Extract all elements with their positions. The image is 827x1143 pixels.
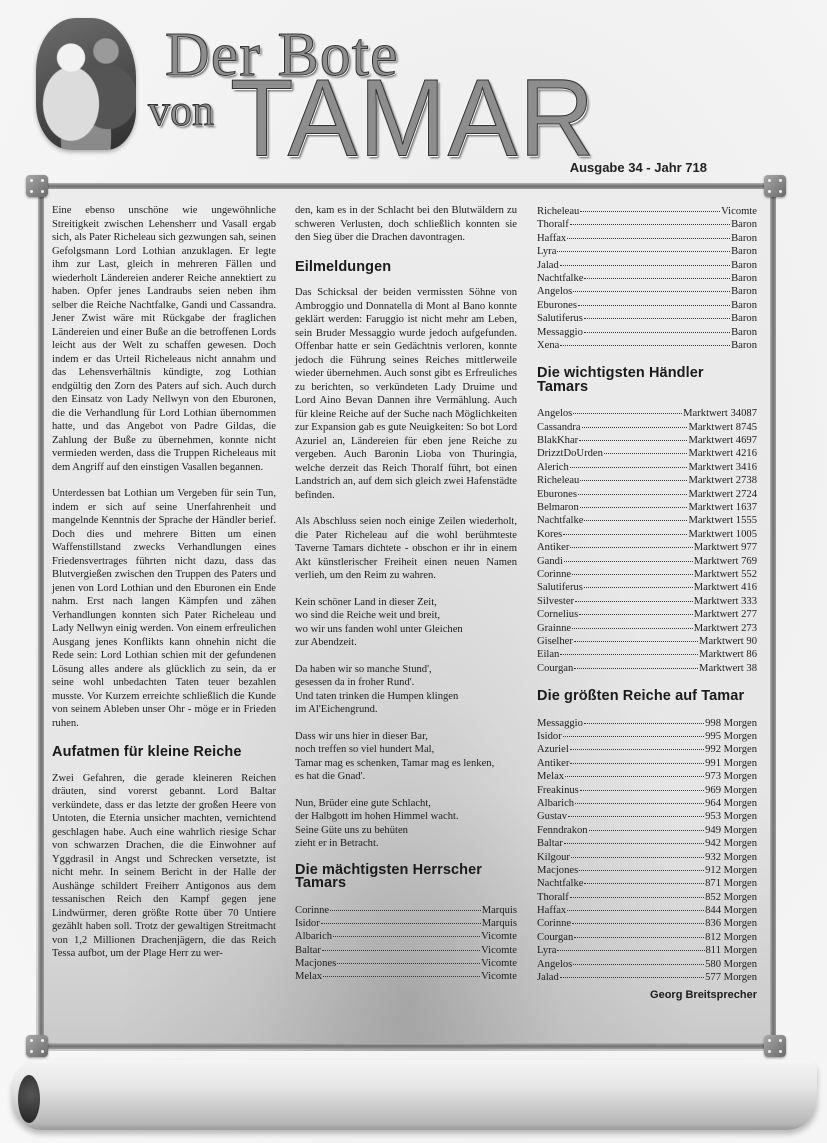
issue-number: Ausgabe 34 - Jahr 718	[570, 160, 707, 175]
realm-row-name: Thoralf	[537, 891, 569, 903]
realm-row-name: Macjones	[537, 864, 578, 876]
masthead-title-tamar: TAMAR	[230, 57, 596, 182]
realm-row-name: Jalad	[537, 971, 559, 983]
realm-row: Lyra811 Morgen	[537, 943, 757, 956]
trader-row: CourganMarktwert 38	[537, 661, 757, 674]
leader-dots	[584, 325, 730, 333]
realm-row-name: Gustav	[537, 810, 567, 822]
realm-row: Corinne836 Morgen	[537, 916, 757, 929]
ruler-row-value: Baron	[731, 218, 757, 230]
realm-row-name: Angelos	[537, 958, 572, 970]
leader-dots	[567, 903, 704, 911]
trader-row: SalutiferusMarktwert 416	[537, 580, 757, 593]
leader-dots	[557, 244, 730, 252]
trader-row-name: Grainne	[537, 622, 571, 634]
ruler-row: JaladBaron	[537, 258, 757, 271]
realm-row-value: 852 Morgen	[705, 891, 757, 903]
frame-corner-bottom-right	[764, 1035, 786, 1057]
realm-row: Angelos580 Morgen	[537, 957, 757, 970]
realm-row-value: 995 Morgen	[705, 730, 757, 742]
realm-row-value: 844 Morgen	[705, 904, 757, 916]
section-heading-eilmeldungen: Eilmeldungen	[295, 261, 517, 275]
ruler-row-value: Vicomte	[721, 205, 757, 217]
realms-list: Messaggio998 MorgenIsidor995 MorgenAzuri…	[537, 716, 757, 984]
realm-row-name: Antiker	[537, 757, 569, 769]
realm-row: Antiker991 Morgen	[537, 756, 757, 769]
trader-row-name: Eilan	[537, 648, 559, 660]
leader-dots	[565, 769, 704, 777]
leader-dots	[584, 513, 687, 521]
trader-row: AngelosMarktwert 34087	[537, 406, 757, 419]
leader-dots	[563, 527, 687, 535]
realm-row-name: Freakinus	[537, 784, 579, 796]
leader-dots	[578, 298, 730, 306]
realm-row-name: Kilgour	[537, 851, 570, 863]
realm-row-name: Corinne	[537, 917, 571, 929]
leader-dots	[570, 756, 704, 764]
realm-row: Haffax844 Morgen	[537, 903, 757, 916]
trader-row-value: Marktwert 552	[694, 568, 757, 580]
ruler-name: Albarich	[295, 930, 332, 942]
leader-dots	[560, 970, 704, 978]
realm-row-name: Melax	[537, 770, 564, 782]
realm-row-value: 871 Morgen	[705, 877, 757, 889]
leader-dots	[570, 890, 704, 898]
ruler-name: Baltar	[295, 944, 321, 956]
poem-stanza: Kein schöner Land in dieser Zeit, wo sin…	[295, 596, 517, 650]
section-heading-reiche: Die größten Reiche auf Tamar	[537, 690, 757, 704]
trader-row-value: Marktwert 3416	[688, 461, 757, 473]
leader-dots	[560, 647, 698, 655]
leader-dots	[557, 943, 704, 951]
trader-row-value: Marktwert 1555	[688, 514, 757, 526]
ruler-row: MacjonesVicomte	[295, 956, 517, 969]
ruler-row-name: Angelos	[537, 285, 572, 297]
scroll-roll	[12, 1060, 817, 1130]
right-column: RicheleauVicomteThoralfBaronHaffaxBaronL…	[537, 204, 757, 1003]
frame-corner-bottom-left	[26, 1035, 48, 1057]
trader-row-name: DrizztDoUrden	[537, 447, 603, 459]
article-paragraph: Eine ebenso unschöne wie ungewöhnliche S…	[52, 204, 276, 474]
ruler-row-name: Messaggio	[537, 326, 583, 338]
poem-stanza: Nun, Brüder eine gute Schlacht, der Halb…	[295, 797, 517, 851]
trader-row-value: Marktwert 8745	[688, 421, 757, 433]
trader-row: GandiMarktwert 769	[537, 554, 757, 567]
ruler-rank: Vicomte	[481, 970, 517, 982]
ruler-name: Corinne	[295, 904, 329, 916]
realm-row-value: 949 Morgen	[705, 824, 757, 836]
ruler-row: RicheleauVicomte	[537, 204, 757, 217]
rulers-list: CorinneMarquis IsidorMarquis AlbarichVic…	[295, 903, 517, 983]
leader-dots	[570, 540, 692, 548]
ruler-row-value: Baron	[731, 245, 757, 257]
leader-dots	[582, 420, 688, 428]
realm-row-name: Messaggio	[537, 717, 583, 729]
trader-row: CorinneMarktwert 552	[537, 567, 757, 580]
realm-row-name: Albarich	[537, 797, 574, 809]
leader-dots	[604, 446, 688, 454]
trader-row: AntikerMarktwert 977	[537, 540, 757, 553]
ruler-row: AngelosBaron	[537, 284, 757, 297]
realm-row-name: Isidor	[537, 730, 562, 742]
ruler-row: SalutiferusBaron	[537, 311, 757, 324]
frame-corner-top-left	[26, 175, 48, 197]
realm-row: Fenndrakon949 Morgen	[537, 823, 757, 836]
realm-row-value: 912 Morgen	[705, 864, 757, 876]
realm-row-name: Courgan	[537, 931, 573, 943]
trader-row-name: Nachtfalke	[537, 514, 583, 526]
trader-row-name: Gandi	[537, 555, 563, 567]
middle-column: den, kam es in der Schlacht bei den Blut…	[295, 204, 517, 983]
section-heading-aufatmen: Aufatmen für kleine Reiche	[52, 746, 276, 760]
trader-row-value: Marktwert 273	[694, 622, 757, 634]
realm-row-value: 991 Morgen	[705, 757, 757, 769]
leader-dots	[321, 916, 481, 924]
trader-row-name: Salutiferus	[537, 581, 583, 593]
ruler-row-name: Jalad	[537, 259, 559, 271]
leader-dots	[584, 271, 730, 279]
leader-dots	[580, 783, 704, 791]
section-heading-haendler: Die wichtigsten Händler Tamars	[537, 367, 757, 394]
leader-dots	[568, 809, 704, 817]
leader-dots	[564, 836, 704, 844]
article-paragraph: Das Schicksal der beiden vermissten Söhn…	[295, 286, 517, 502]
realm-row: Baltar942 Morgen	[537, 836, 757, 849]
ruler-rank: Vicomte	[481, 944, 517, 956]
ruler-row: MelaxVicomte	[295, 969, 517, 982]
ruler-row: CorinneMarquis	[295, 903, 517, 916]
trader-row-value: Marktwert 4216	[688, 447, 757, 459]
frame-left-post	[38, 190, 44, 1045]
ruler-row-name: Richeleau	[537, 205, 579, 217]
masthead: Der Bote von TAMAR Ausgabe 34 - Jahr 718	[0, 0, 827, 185]
article-paragraph: Als Abschluss seien noch einige Zeilen w…	[295, 515, 517, 583]
realm-row: Freakinus969 Morgen	[537, 783, 757, 796]
trader-row-value: Marktwert 277	[694, 608, 757, 620]
frame-right-post	[770, 190, 776, 1045]
leader-dots	[337, 956, 480, 964]
realm-row-name: Haffax	[537, 904, 566, 916]
leader-dots	[584, 716, 704, 724]
author-signature: Georg Breitsprecher	[537, 989, 757, 1003]
leader-dots	[579, 607, 693, 615]
left-column: Eine ebenso unschöne wie ungewöhnliche S…	[52, 204, 276, 974]
realm-row-value: 811 Morgen	[706, 944, 758, 956]
leader-dots	[322, 943, 480, 951]
leader-dots	[578, 487, 687, 495]
leader-dots	[572, 916, 704, 924]
poem-stanza: Da haben wir so manche Stund', gesessen …	[295, 663, 517, 717]
scroll-curl	[18, 1075, 40, 1123]
trader-row-value: Marktwert 2724	[688, 488, 757, 500]
trader-row-name: Silvester	[537, 595, 574, 607]
leader-dots	[589, 823, 705, 831]
realm-row: Macjones912 Morgen	[537, 863, 757, 876]
ruler-rank: Vicomte	[481, 930, 517, 942]
section-heading-herrscher: Die mächtigsten Herrscher Tamars	[295, 864, 517, 891]
ruler-row: AlbarichVicomte	[295, 929, 517, 942]
trader-row-name: BlakKhar	[537, 434, 578, 446]
leader-dots	[570, 460, 688, 468]
leader-dots	[567, 231, 730, 239]
trader-row-name: Belmaron	[537, 501, 579, 513]
trader-row-value: Marktwert 34087	[683, 407, 757, 419]
realm-row: Courgan812 Morgen	[537, 930, 757, 943]
trader-row: EburonesMarktwert 2724	[537, 487, 757, 500]
ruler-rank: Marquis	[482, 904, 517, 916]
trader-row-name: Angelos	[537, 407, 572, 419]
ruler-row-name: Eburones	[537, 299, 577, 311]
trader-row-value: Marktwert 1005	[688, 528, 757, 540]
realm-row-value: 973 Morgen	[705, 770, 757, 782]
trader-row-value: Marktwert 4697	[688, 434, 757, 446]
realm-row-name: Fenndrakon	[537, 824, 588, 836]
trader-row: RicheleauMarktwert 2738	[537, 473, 757, 486]
realm-row-value: 577 Morgen	[705, 971, 757, 983]
trader-row-value: Marktwert 977	[694, 541, 757, 553]
realm-row-value: 992 Morgen	[705, 743, 757, 755]
trader-row-name: Giselher	[537, 635, 573, 647]
trader-row-value: Marktwert 2738	[688, 474, 757, 486]
trader-row: KoresMarktwert 1005	[537, 527, 757, 540]
ruler-row-name: Thoralf	[537, 218, 569, 230]
realm-row: Nachtfalke871 Morgen	[537, 876, 757, 889]
ruler-row-name: Xena	[537, 339, 559, 351]
realm-row-value: 836 Morgen	[705, 917, 757, 929]
ruler-row-value: Baron	[731, 232, 757, 244]
ruler-row-name: Nachtfalke	[537, 272, 583, 284]
ruler-row: BaltarVicomte	[295, 943, 517, 956]
leader-dots	[584, 876, 704, 884]
ruler-row: LyraBaron	[537, 244, 757, 257]
realm-row-name: Azuriel	[537, 743, 569, 755]
leader-dots	[563, 729, 704, 737]
trader-row-value: Marktwert 86	[699, 648, 757, 660]
ruler-row: XenaBaron	[537, 338, 757, 351]
trader-row-name: Courgan	[537, 662, 573, 674]
traders-list: AngelosMarktwert 34087CassandraMarktwert…	[537, 406, 757, 674]
masthead-title-von: von	[148, 85, 214, 136]
leader-dots	[560, 338, 730, 346]
ruler-row-name: Lyra	[537, 245, 556, 257]
trader-row-name: Cassandra	[537, 421, 581, 433]
trader-row-value: Marktwert 90	[699, 635, 757, 647]
ruler-name: Isidor	[295, 917, 320, 929]
ruler-row-value: Baron	[731, 299, 757, 311]
ruler-row-name: Haffax	[537, 232, 566, 244]
leader-dots	[580, 204, 720, 212]
trader-row: CorneliusMarktwert 277	[537, 607, 757, 620]
article-paragraph: Unterdessen bat Lothian um Vergeben für …	[52, 487, 276, 730]
leader-dots	[570, 217, 730, 225]
trader-row-name: Cornelius	[537, 608, 578, 620]
article-paragraph: Zwei Gefahren, die gerade kleineren Reic…	[52, 772, 276, 961]
leader-dots	[580, 473, 687, 481]
ruler-rank: Vicomte	[481, 957, 517, 969]
ruler-row-value: Baron	[731, 272, 757, 284]
poem-stanza: Dass wir uns hier in dieser Bar, noch tr…	[295, 730, 517, 784]
trader-row: DrizztDoUrdenMarktwert 4216	[537, 446, 757, 459]
ruler-row-value: Baron	[731, 326, 757, 338]
ruler-row-value: Baron	[731, 285, 757, 297]
realm-row-value: 812 Morgen	[705, 931, 757, 943]
realm-row: Gustav953 Morgen	[537, 809, 757, 822]
trader-row-value: Marktwert 416	[694, 581, 757, 593]
rulers-list-continued: RicheleauVicomteThoralfBaronHaffaxBaronL…	[537, 204, 757, 351]
realm-row-value: 942 Morgen	[705, 837, 757, 849]
realm-row: Messaggio998 Morgen	[537, 716, 757, 729]
leader-dots	[584, 580, 693, 588]
trader-row-name: Kores	[537, 528, 562, 540]
realm-row: Thoralf852 Morgen	[537, 890, 757, 903]
ruler-row: EburonesBaron	[537, 298, 757, 311]
leader-dots	[333, 929, 480, 937]
leader-dots	[573, 406, 682, 414]
leader-dots	[574, 930, 704, 938]
leader-dots	[573, 284, 730, 292]
leader-dots	[575, 796, 704, 804]
trader-row: GiselherMarktwert 90	[537, 634, 757, 647]
trader-row: EilanMarktwert 86	[537, 647, 757, 660]
realm-row-name: Baltar	[537, 837, 563, 849]
realm-row: Jalad577 Morgen	[537, 970, 757, 983]
trader-row-name: Corinne	[537, 568, 571, 580]
trader-row-value: Marktwert 333	[694, 595, 757, 607]
ruler-row-value: Baron	[731, 312, 757, 324]
trader-row: SilvesterMarktwert 333	[537, 594, 757, 607]
ruler-row: IsidorMarquis	[295, 916, 517, 929]
trader-row: NachtfalkeMarktwert 1555	[537, 513, 757, 526]
leader-dots	[571, 850, 704, 858]
leader-dots	[584, 311, 730, 319]
realm-row-value: 964 Morgen	[705, 797, 757, 809]
ruler-rank: Marquis	[482, 917, 517, 929]
leader-dots	[575, 594, 693, 602]
frame-bottom-rod	[40, 1043, 775, 1049]
king-and-scribe-illustration	[36, 18, 136, 150]
ruler-row-value: Baron	[731, 259, 757, 271]
leader-dots	[564, 554, 693, 562]
ruler-row: ThoralfBaron	[537, 217, 757, 230]
trader-row: BlakKharMarktwert 4697	[537, 433, 757, 446]
frame-top-rod	[40, 183, 775, 189]
leader-dots	[579, 433, 687, 441]
trader-row: BelmaronMarktwert 1637	[537, 500, 757, 513]
leader-dots	[574, 634, 698, 642]
ruler-row-name: Salutiferus	[537, 312, 583, 324]
realm-row: Kilgour932 Morgen	[537, 850, 757, 863]
realm-row: Melax973 Morgen	[537, 769, 757, 782]
trader-row-name: Richeleau	[537, 474, 579, 486]
ruler-row: MessaggioBaron	[537, 325, 757, 338]
realm-row-value: 953 Morgen	[705, 810, 757, 822]
trader-row: CassandraMarktwert 8745	[537, 420, 757, 433]
frame-corner-top-right	[764, 175, 786, 197]
ruler-row: HaffaxBaron	[537, 231, 757, 244]
realm-row-value: 969 Morgen	[705, 784, 757, 796]
trader-row-name: Alerich	[537, 461, 569, 473]
trader-row-name: Eburones	[537, 488, 577, 500]
realm-row: Albarich964 Morgen	[537, 796, 757, 809]
trader-row-value: Marktwert 38	[699, 662, 757, 674]
article-paragraph-continued: den, kam es in der Schlacht bei den Blut…	[295, 204, 517, 245]
trader-row: AlerichMarktwert 3416	[537, 460, 757, 473]
leader-dots	[330, 903, 481, 911]
ruler-row: NachtfalkeBaron	[537, 271, 757, 284]
realm-row-value: 580 Morgen	[705, 958, 757, 970]
leader-dots	[574, 661, 698, 669]
trader-row-value: Marktwert 1637	[688, 501, 757, 513]
realm-row: Isidor995 Morgen	[537, 729, 757, 742]
leader-dots	[572, 621, 693, 629]
leader-dots	[570, 742, 704, 750]
leader-dots	[573, 957, 704, 965]
leader-dots	[323, 969, 480, 977]
leader-dots	[572, 567, 693, 575]
ruler-name: Macjones	[295, 957, 336, 969]
trader-row-name: Antiker	[537, 541, 569, 553]
trader-row: GrainneMarktwert 273	[537, 621, 757, 634]
realm-row-value: 932 Morgen	[705, 851, 757, 863]
leader-dots	[580, 500, 688, 508]
ruler-row-value: Baron	[731, 339, 757, 351]
leader-dots	[579, 863, 704, 871]
trader-row-value: Marktwert 769	[694, 555, 757, 567]
realm-row-name: Nachtfalke	[537, 877, 583, 889]
realm-row-name: Lyra	[537, 944, 556, 956]
realm-row-value: 998 Morgen	[705, 717, 757, 729]
ruler-name: Melax	[295, 970, 322, 982]
leader-dots	[560, 258, 730, 266]
realm-row: Azuriel992 Morgen	[537, 742, 757, 755]
